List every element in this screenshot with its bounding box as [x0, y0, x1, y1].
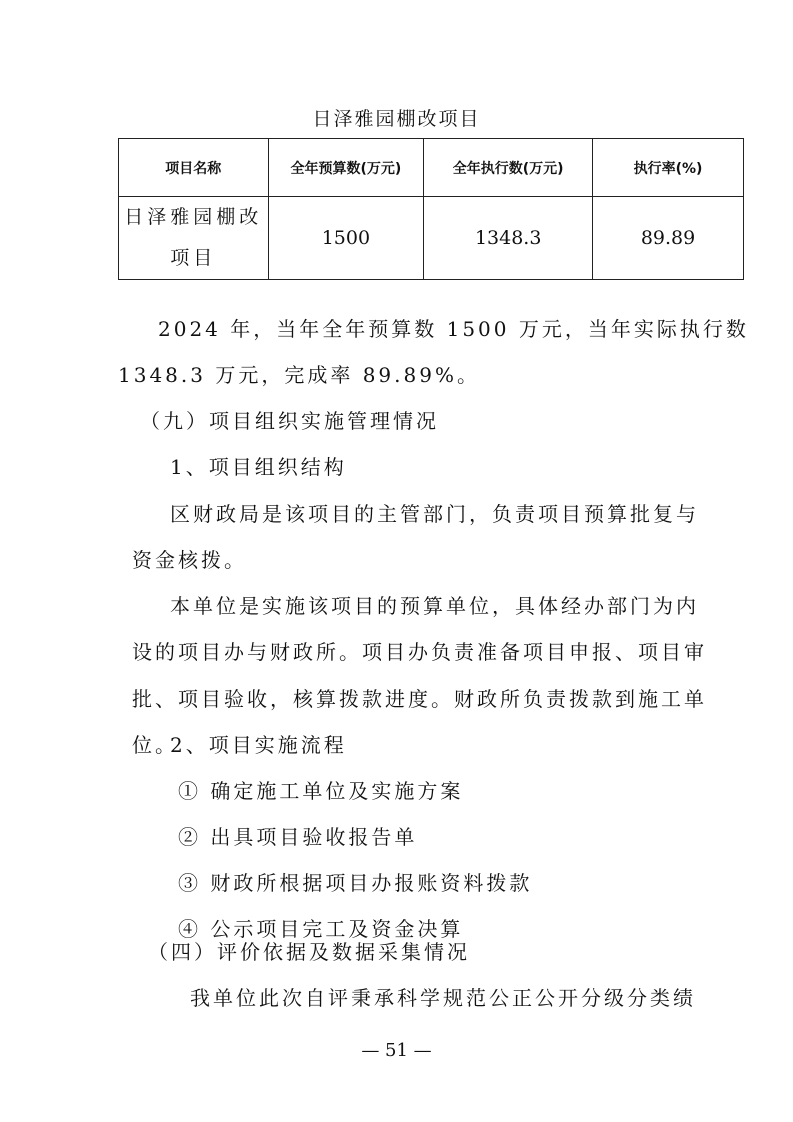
cell-executed: 1348.3	[424, 197, 593, 280]
page-number: — 51 —	[0, 1040, 793, 1061]
subheading-process: 2、项目实施流程	[170, 729, 347, 758]
cell-project-name: 日泽雅园棚改 项目	[119, 197, 269, 280]
section-heading-4: （四）评价依据及数据采集情况	[148, 936, 470, 965]
process-step-3: ③ 财政所根据项目办报账资料拨款	[178, 867, 532, 896]
org-para1-line1: 区财政局是该项目的主管部门，负责项目预算批复与	[170, 498, 699, 527]
header-annual-executed: 全年执行数(万元)	[424, 139, 593, 197]
eval-line-1: 我单位此次自评秉承科学规范公正公开分级分类绩	[190, 982, 696, 1011]
header-execution-rate: 执行率(%)	[593, 139, 744, 197]
header-project-name: 项目名称	[119, 139, 269, 197]
org-para1-line2: 资金核拨。	[132, 544, 247, 573]
summary-line-2: 1348.3 万元，完成率 89.89%。	[118, 359, 480, 388]
process-step-1: ① 确定施工单位及实施方案	[178, 775, 463, 804]
org-para2-line1: 本单位是实施该项目的预算单位，具体经办部门为内	[170, 590, 699, 619]
subheading-org-structure: 1、项目组织结构	[170, 451, 347, 480]
table-header-row: 项目名称 全年预算数(万元) 全年执行数(万元) 执行率(%)	[119, 139, 744, 197]
cell-budget: 1500	[268, 197, 424, 280]
header-annual-budget: 全年预算数(万元)	[268, 139, 424, 197]
table-row: 日泽雅园棚改 项目 1500 1348.3 89.89	[119, 197, 744, 280]
org-para2-line3: 批、项目验收，核算拨款进度。财政所负责拨款到施工单	[132, 683, 707, 712]
org-para2-line2: 设的项目办与财政所。项目办负责准备项目申报、项目审	[132, 636, 707, 665]
project-name-line2: 项目	[170, 247, 216, 269]
project-name-line1: 日泽雅园棚改	[124, 206, 262, 228]
summary-line-1: 2024 年，当年全年预算数 1500 万元，当年实际执行数	[158, 313, 749, 342]
table-caption: 日泽雅园棚改项目	[0, 104, 793, 131]
process-step-2: ② 出具项目验收报告单	[178, 821, 417, 850]
section-heading-9: （九）项目组织实施管理情况	[140, 405, 439, 434]
cell-rate: 89.89	[593, 197, 744, 280]
budget-execution-table: 项目名称 全年预算数(万元) 全年执行数(万元) 执行率(%) 日泽雅园棚改 项…	[118, 138, 744, 280]
